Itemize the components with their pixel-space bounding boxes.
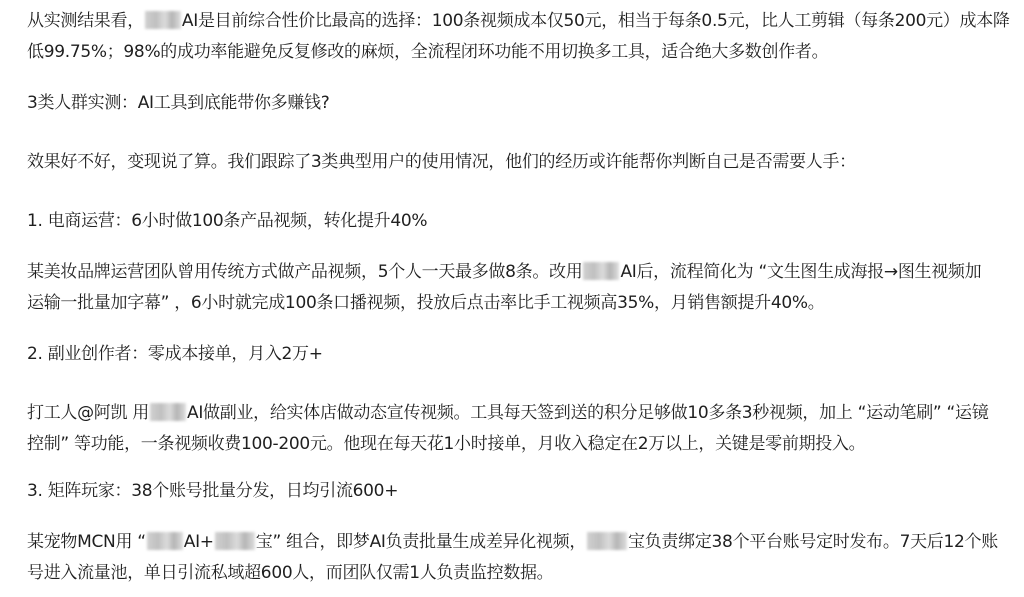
- summary-text: AI是目前综合性价比最高的选择：100条视频成本仅50元，相当于每条0.5元，比…: [182, 11, 1010, 31]
- summary-paragraph: 从实测结果看，AI是目前综合性价比最高的选择：100条视频成本仅50元，相当于每…: [27, 6, 1012, 68]
- case-title-ecommerce: 1. 电商运营：6小时做100条产品视频，转化提升40%: [27, 206, 1012, 237]
- redacted-brand: [215, 532, 255, 550]
- section-heading: 3类人群实测：AI工具到底能带你多赚钱?: [27, 88, 1012, 119]
- intro-paragraph: 效果好不好，变现说了算。我们跟踪了3类典型用户的使用情况，他们的经历或许能帮你判…: [27, 147, 1012, 178]
- redacted-brand: [587, 532, 627, 550]
- redacted-brand: [150, 403, 186, 421]
- case-text: 运输一批量加字幕” ，6小时就完成100条口播视频，投放后点击率比手工视频高35…: [27, 293, 824, 313]
- redacted-brand: [147, 532, 183, 550]
- case-text: 某美妆品牌运营团队曾用传统方式做产品视频，5个人一天最多做8条。改用: [27, 262, 582, 282]
- case-text: AI+: [184, 532, 214, 552]
- case-body-ecommerce: 某美妆品牌运营团队曾用传统方式做产品视频，5个人一天最多做8条。改用AI后，流程…: [27, 257, 1012, 319]
- case-title-matrix: 3. 矩阵玩家：38个账号批量分发，日均引流600+: [27, 476, 1012, 507]
- summary-text: 从实测结果看，: [27, 11, 144, 31]
- case-text: 号进入流量池，单日引流私域超600人，而团队仅需1人负责监控数据。: [27, 563, 553, 583]
- case-text: 控制” 等功能，一条视频收费100-200元。他现在每天花1小时接单，月收入稳定…: [27, 434, 865, 454]
- case-text: 宝” 组合，即梦AI负责批量生成差异化视频，: [256, 532, 586, 552]
- case-text: 打工人@阿凯 用: [27, 403, 149, 423]
- redacted-brand: [145, 11, 181, 29]
- redacted-brand: [583, 262, 619, 280]
- case-text: 某宠物MCN用 “: [27, 532, 146, 552]
- case-text: AI后，流程简化为 “文生图生成海报→图生视频加: [620, 262, 981, 282]
- article-body: 从实测结果看，AI是目前综合性价比最高的选择：100条视频成本仅50元，相当于每…: [27, 6, 1012, 589]
- case-text: AI做副业，给实体店做动态宣传视频。工具每天签到送的积分足够做10多条3秒视频，…: [187, 403, 988, 423]
- case-title-side-hustle: 2. 副业创作者：零成本接单，月入2万+: [27, 339, 1012, 370]
- summary-text: 低99.75%；98%的成功率能避免反复修改的麻烦，全流程闭环功能不用切换多工具…: [27, 42, 828, 62]
- case-text: 宝负责绑定38个平台账号定时发布。7天后12个账: [628, 532, 998, 552]
- case-body-side-hustle: 打工人@阿凯 用AI做副业，给实体店做动态宣传视频。工具每天签到送的积分足够做1…: [27, 398, 1012, 460]
- case-body-matrix: 某宠物MCN用 “AI+宝” 组合，即梦AI负责批量生成差异化视频，宝负责绑定3…: [27, 527, 1012, 589]
